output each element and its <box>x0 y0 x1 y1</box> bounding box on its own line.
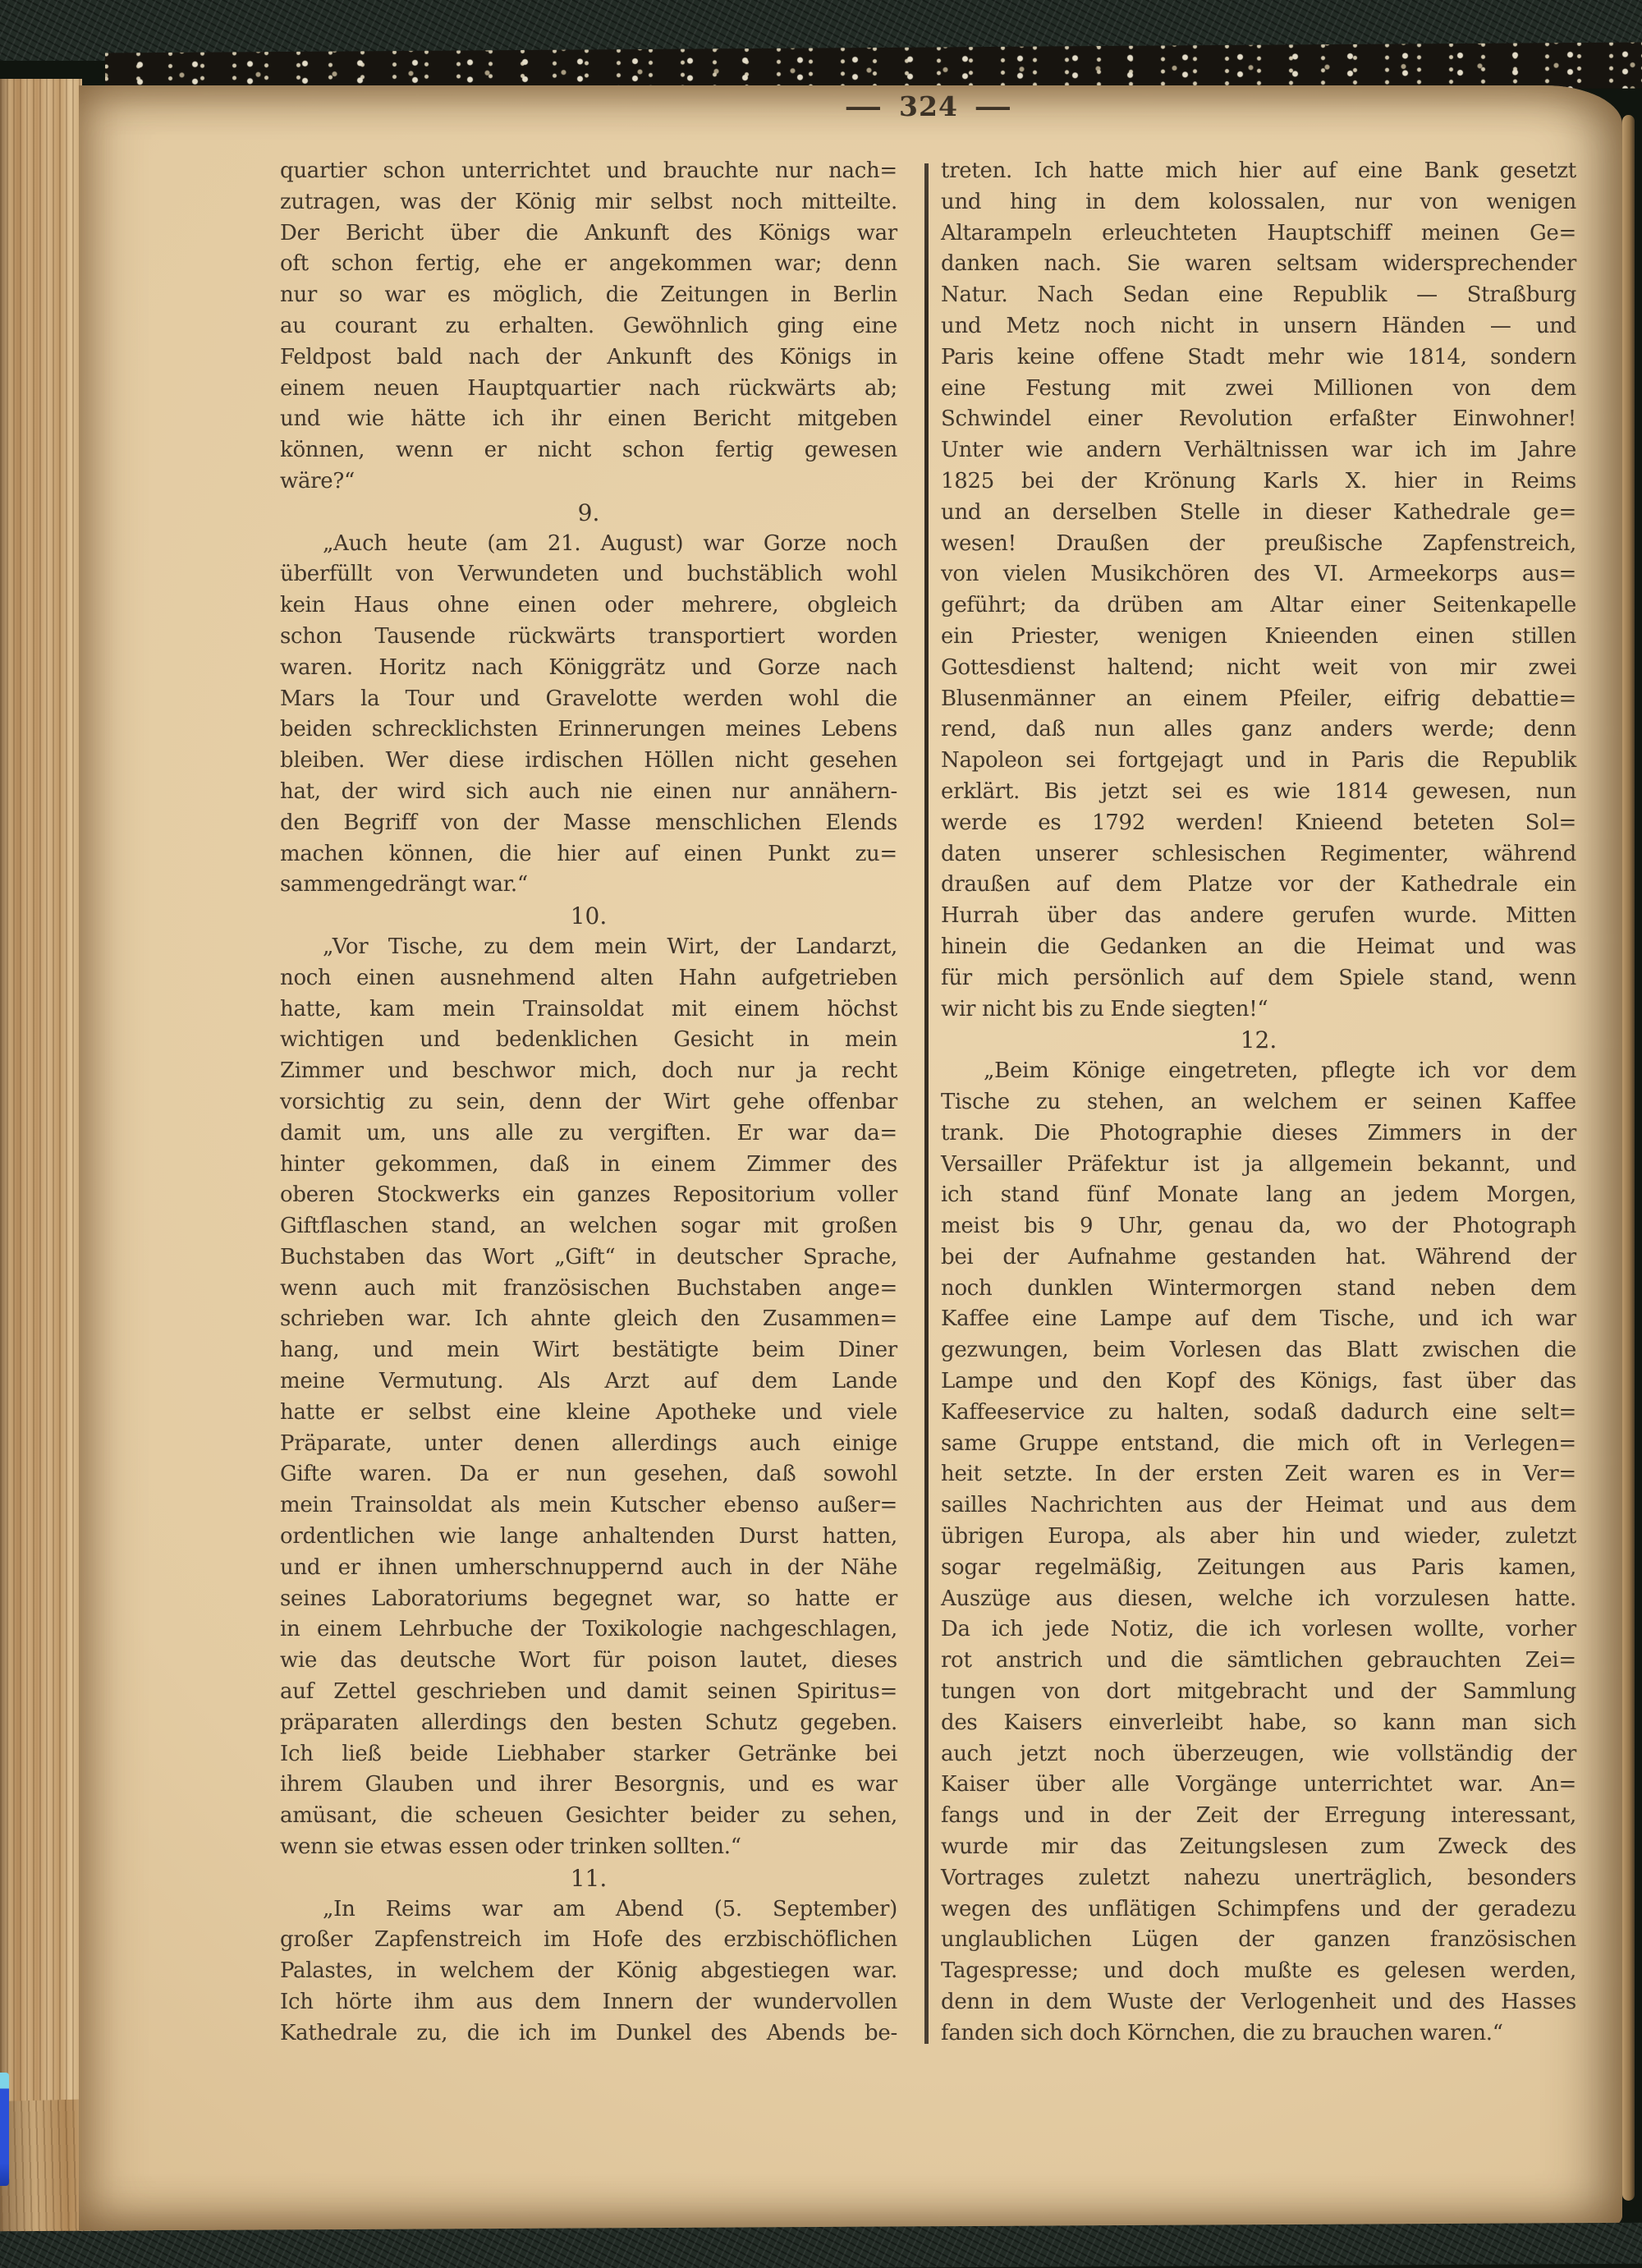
text-line: BlusenmänneraneinemPfeiler,eifrigdebatti… <box>941 684 1576 715</box>
text-line: einPriester,wenigenKnieendeneinenstillen <box>941 622 1576 653</box>
text-line: nursowaresmöglich,dieZeitungeninBerlin <box>280 280 897 311</box>
text-line: IchhörteihmausdemInnernderwundervollen <box>280 1987 897 2018</box>
text-line: zutragen,wasderKönigmirselbstnochmitteil… <box>280 187 897 218</box>
text-line: oftschonfertig,eheerangekommenwar;denn <box>280 249 897 280</box>
text-line: eineFestungmitzweiMillionenvondem <box>941 374 1576 405</box>
text-line: vonvielenMusikchörendesVI.Armeekorpsaus= <box>941 559 1576 590</box>
paragraph: treten.IchhattemichhieraufeineBankgesetz… <box>941 156 1576 1025</box>
text-line: Tagespresse;unddochmußteesgelesenwerden, <box>941 1956 1576 1987</box>
running-header: —324— <box>280 90 1577 131</box>
text-line: geführt;dadrübenamAltareinerSeitenkapell… <box>941 590 1576 622</box>
text-line: rend,daßnunallesganzanderswerde;denn <box>941 714 1576 746</box>
text-line: beiderAufnahmegestandenhat.Währendder <box>941 1242 1576 1274</box>
text-line: Zimmerundbeschwormich,dochnurjarecht <box>280 1056 897 1087</box>
book-scan: { "header": { "dash_left": "—", "page_nu… <box>0 0 1642 2268</box>
next-page-edge <box>1622 115 1635 2201</box>
text-line: Auszügeausdiesen,welcheichvorzulesenhatt… <box>941 1584 1576 1615</box>
text-line: fanden sich doch Körnchen, die zu brauch… <box>941 2018 1576 2050</box>
text-line: treten.IchhattemichhieraufeineBankgesetz… <box>941 156 1576 187</box>
text-line: Giftewaren.Daernungesehen,daßsowohl <box>280 1459 897 1490</box>
text-line: wennauchmitfranzösischenBuchstabenange= <box>280 1274 897 1305</box>
text-line: DaichjedeNotiz,dieichvorlesenwollte,vorh… <box>941 1614 1576 1646</box>
text-line: machenkönnen,diehieraufeinenPunktzu= <box>280 839 897 870</box>
text-line: BuchstabendasWort„Gift“indeutscherSprach… <box>280 1242 897 1274</box>
text-line: ordentlichenwielangeanhaltendenDursthatt… <box>280 1522 897 1553</box>
section-heading: 9. <box>280 498 897 529</box>
text-line: UnterwieandernVerhältnissenwarichimJahre <box>941 435 1576 466</box>
text-line: NapoleonseifortgejagtundinParisdieRepubl… <box>941 746 1576 777</box>
text-line: Präparate,unterdenenallerdingsaucheinige <box>280 1429 897 1460</box>
text-line: werdees1792werden!KnieendbetetenSol= <box>941 808 1576 839</box>
text-line: wegendesunflätigenSchimpfensunddergerade… <box>941 1894 1576 1926</box>
text-line: DerBerichtüberdieAnkunftdesKönigswar <box>280 218 897 250</box>
text-line: ichstandfünfMonatelanganjedemMorgen, <box>941 1180 1576 1211</box>
text-line: hat,derwirdsichauchnieeinennurannähern- <box>280 777 897 808</box>
text-line: Vortrageszuletztnahezuunerträglich,beson… <box>941 1863 1576 1894</box>
paragraph: „InReimswaramAbend(5.September)großerZap… <box>280 1894 897 2050</box>
section-heading: 12. <box>941 1025 1576 1056</box>
text-line: bleiben.WerdieseirdischenHöllennichtgese… <box>280 746 897 777</box>
text-line: IchließbeideLiebhaberstarkerGetränkebei <box>280 1739 897 1770</box>
text-line: draußenaufdemPlatzevorderKathedraleein <box>941 870 1576 901</box>
text-line: hatte,kammeinTrainsoldatmiteinemhöchst <box>280 994 897 1026</box>
text-line: nochdunklenWintermorgenstandnebendem <box>941 1274 1576 1305</box>
text-line: sammengedrängt war.“ <box>280 870 897 901</box>
text-line: Giftflaschenstand,anwelchensogarmitgroße… <box>280 1211 897 1242</box>
text-line: vorsichtigzusein,dennderWirtgeheoffenbar <box>280 1087 897 1118</box>
text-line: trank.DiePhotographiediesesZimmersinder <box>941 1118 1576 1150</box>
text-line: wichtigenundbedenklichenGesichtinmein <box>280 1025 897 1056</box>
text-line: unglaublichenLügenderganzenfranzösischen <box>941 1925 1576 1956</box>
header-dash-left: — <box>844 90 883 122</box>
text-line: rotanstrichunddiesämtlichengebrauchtenZe… <box>941 1646 1576 1677</box>
text-line: undwiehätteichihreinenBerichtmitgeben <box>280 404 897 435</box>
text-line: wäre?“ <box>280 466 897 498</box>
text-line: gezwungen,beimVorlesendasBlattzwischendi… <box>941 1335 1576 1366</box>
text-line: AltarampelnerleuchtetenHauptschiffmeinen… <box>941 218 1576 250</box>
text-line: wesen!DraußenderpreußischeZapfenstreich, <box>941 529 1576 560</box>
text-line: können,wennernichtschonfertiggewesen <box>280 435 897 466</box>
text-line: waren.HoritznachKöniggrätzundGorzenach <box>280 653 897 684</box>
text-line: beidenschrecklichstenErinnerungenmeinesL… <box>280 714 897 746</box>
paragraph: quartierschonunterrichtetundbrauchtenurn… <box>280 156 897 498</box>
page-edges-spine <box>0 79 82 2238</box>
text-line: amüsant,diescheuenGesichterbeiderzusehen… <box>280 1801 897 1832</box>
text-line: 1825beiderKrönungKarlsX.hierinReims <box>941 466 1576 498</box>
text-line: Tischezustehen,anwelchemerseinenKaffee <box>941 1087 1576 1118</box>
text-line: desKaiserseinverleibthabe,sokannmansich <box>941 1708 1576 1739</box>
text-line: undMetznochnichtinunsernHänden—und <box>941 311 1576 342</box>
text-line: Gottesdiensthaltend;nichtweitvonmirzwei <box>941 653 1576 684</box>
text-line: Natur.NachSedaneineRepublik—Straßburg <box>941 280 1576 311</box>
text-line: quartierschonunterrichtetundbrauchtenurn… <box>280 156 897 187</box>
text-line: seinesLaboratoriumsbegegnetwar,sohatteer <box>280 1584 897 1615</box>
text-line: KaiserüberalleVorgängeunterrichtetwar.An… <box>941 1770 1576 1801</box>
text-line: auchjetztnochüberzeugen,wievollständigde… <box>941 1739 1576 1770</box>
text-line: heitsetzte.IndererstenZeitwarenesinVer= <box>941 1459 1576 1490</box>
text-line: LampeunddenKopfdesKönigs,fastüberdas <box>941 1366 1576 1398</box>
text-line: hang,undmeinWirtbestätigtebeimDiner <box>280 1335 897 1366</box>
text-line: „BeimKönigeeingetreten,pflegteichvordem <box>941 1056 1576 1087</box>
text-line: schonTausenderückwärtstransportiertworde… <box>280 622 897 653</box>
text-line: ihremGlaubenundihrerBesorgnis,undeswar <box>280 1770 897 1801</box>
text-line: hineindieGedankenandieHeimatundwas <box>941 932 1576 963</box>
text-line: nocheinenausnehmendaltenHahnaufgetrieben <box>280 963 897 994</box>
text-line: hintergekommen,daßineinemZimmerdes <box>280 1150 897 1181</box>
text-line: „VorTische,zudemmeinWirt,derLandarzt, <box>280 932 897 963</box>
page-number: 324 <box>899 90 958 122</box>
text-line: wenn sie etwas essen oder trinken sollte… <box>280 1832 897 1863</box>
text-line: hatteerselbsteinekleineApothekeundviele <box>280 1398 897 1429</box>
paragraph: „Auchheute(am21.August)warGorzenochüberf… <box>280 529 897 902</box>
text-line: denBegriffvonderMassemenschlichenElends <box>280 808 897 839</box>
text-line: Kaffeeservicezuhalten,sodaßdadurcheinese… <box>941 1398 1576 1429</box>
text-line: wurdemirdasZeitungslesenzumZweckdes <box>941 1832 1576 1863</box>
text-line: undanderselbenStelleindieserKathedralege… <box>941 498 1576 529</box>
paragraph: „BeimKönigeeingetreten,pflegteichvordemT… <box>941 1056 1576 2050</box>
text-line: aufZettelgeschriebenunddamitseinenSpirit… <box>280 1677 897 1708</box>
text-line: sogarregelmäßig,ZeitungenausPariskamen, <box>941 1553 1576 1584</box>
text-line: aucourantzuerhalten.Gewöhnlichgingeine <box>280 311 897 342</box>
text-line: meistbis9Uhr,genauda,woderPhotograph <box>941 1211 1576 1242</box>
text-line: wiedasdeutscheWortfürpoisonlautet,dieses <box>280 1646 897 1677</box>
text-line: SchwindeleinerRevolutionerfaßterEinwohne… <box>941 404 1576 435</box>
text-line: übrigenEuropa,alsaberhinundwieder,zuletz… <box>941 1522 1576 1553</box>
text-line: PariskeineoffeneStadtmehrwie1814,sondern <box>941 342 1576 374</box>
ribbon-bookmark <box>0 2073 9 2186</box>
text-line: keinHausohneeinenodermehrere,obgleich <box>280 590 897 622</box>
text-line: großerZapfenstreichimHofedeserzbischöfli… <box>280 1925 897 1956</box>
text-line: FeldpostbaldnachderAnkunftdesKönigsin <box>280 342 897 374</box>
text-line: undhingindemkolossalen,nurvonwenigen <box>941 187 1576 218</box>
section-heading: 11. <box>280 1863 897 1894</box>
text-line: fangsundinderZeitderErregunginteressant, <box>941 1801 1576 1832</box>
text-line: datenunsererschlesischenRegimenter,währe… <box>941 839 1576 870</box>
book-cover-bottom-edge <box>0 2223 1642 2268</box>
text-line: erklärt.Bisjetztseieswie1814gewesen,nun <box>941 777 1576 808</box>
text-line: „InReimswaramAbend(5.September) <box>280 1894 897 1926</box>
text-line: KaffeeeineLampeaufdemTische,undichwar <box>941 1304 1576 1335</box>
text-line: dankennach.Siewarenseltsamwidersprechend… <box>941 249 1576 280</box>
text-line: präparatenallerdingsdenbestenSchutzgegeb… <box>280 1708 897 1739</box>
text-line: sameGruppeentstand,diemichoftinVerlegen= <box>941 1429 1576 1460</box>
text-line: ineinemLehrbuchederToxikologienachgeschl… <box>280 1614 897 1646</box>
text-line: einemneuenHauptquartiernachrückwärtsab; <box>280 374 897 405</box>
book-page: —324— quartierschonunterrichtetundbrauch… <box>79 85 1622 2230</box>
text-line: VersaillerPräfekturistjaallgemeinbekannt… <box>941 1150 1576 1181</box>
text-line: MarslaTourundGravelottewerdenwohldie <box>280 684 897 715</box>
text-line: Palastes,inwelchemderKönigabgestiegenwar… <box>280 1956 897 1987</box>
text-line: saillesNachrichtenausderHeimatundausdem <box>941 1490 1576 1522</box>
text-line: wir nicht bis zu Ende siegten!“ <box>941 994 1576 1026</box>
text-line: fürmichpersönlichaufdemSpielestand,wenn <box>941 963 1576 994</box>
paragraph: „VorTische,zudemmeinWirt,derLandarzt,noc… <box>280 932 897 1863</box>
text-line: dennindemWustederVerlogenheitunddesHasse… <box>941 1987 1576 2018</box>
text-column-right: treten.IchhattemichhieraufeineBankgesetz… <box>941 156 1576 2050</box>
header-dash-right: — <box>974 90 1013 122</box>
column-divider-rule <box>924 163 929 2044</box>
text-line: meinTrainsoldatalsmeinKutscherebensoauße… <box>280 1490 897 1522</box>
text-line: „Auchheute(am21.August)warGorzenoch <box>280 529 897 560</box>
section-heading: 10. <box>280 901 897 932</box>
text-column-left: quartierschonunterrichtetundbrauchtenurn… <box>280 156 897 2050</box>
text-line: schriebenwar.IchahntegleichdenZusammen= <box>280 1304 897 1335</box>
text-line: Hurrahüberdasanderegerufenwurde.Mitten <box>941 901 1576 932</box>
text-line: überfülltvonVerwundetenundbuchstäblichwo… <box>280 559 897 590</box>
text-line: tungenvondortmitgebrachtundderSammlung <box>941 1677 1576 1708</box>
text-line: meineVermutung.AlsArztaufdemLande <box>280 1366 897 1398</box>
text-line: oberenStockwerkseinganzesRepositoriumvol… <box>280 1180 897 1211</box>
text-line: damitum,unsallezuvergiften.Erwarda= <box>280 1118 897 1150</box>
text-line: Kathedralezu,dieichimDunkeldesAbendsbe- <box>280 2018 897 2050</box>
text-line: underihnenumherschnupperndauchinderNähe <box>280 1553 897 1584</box>
